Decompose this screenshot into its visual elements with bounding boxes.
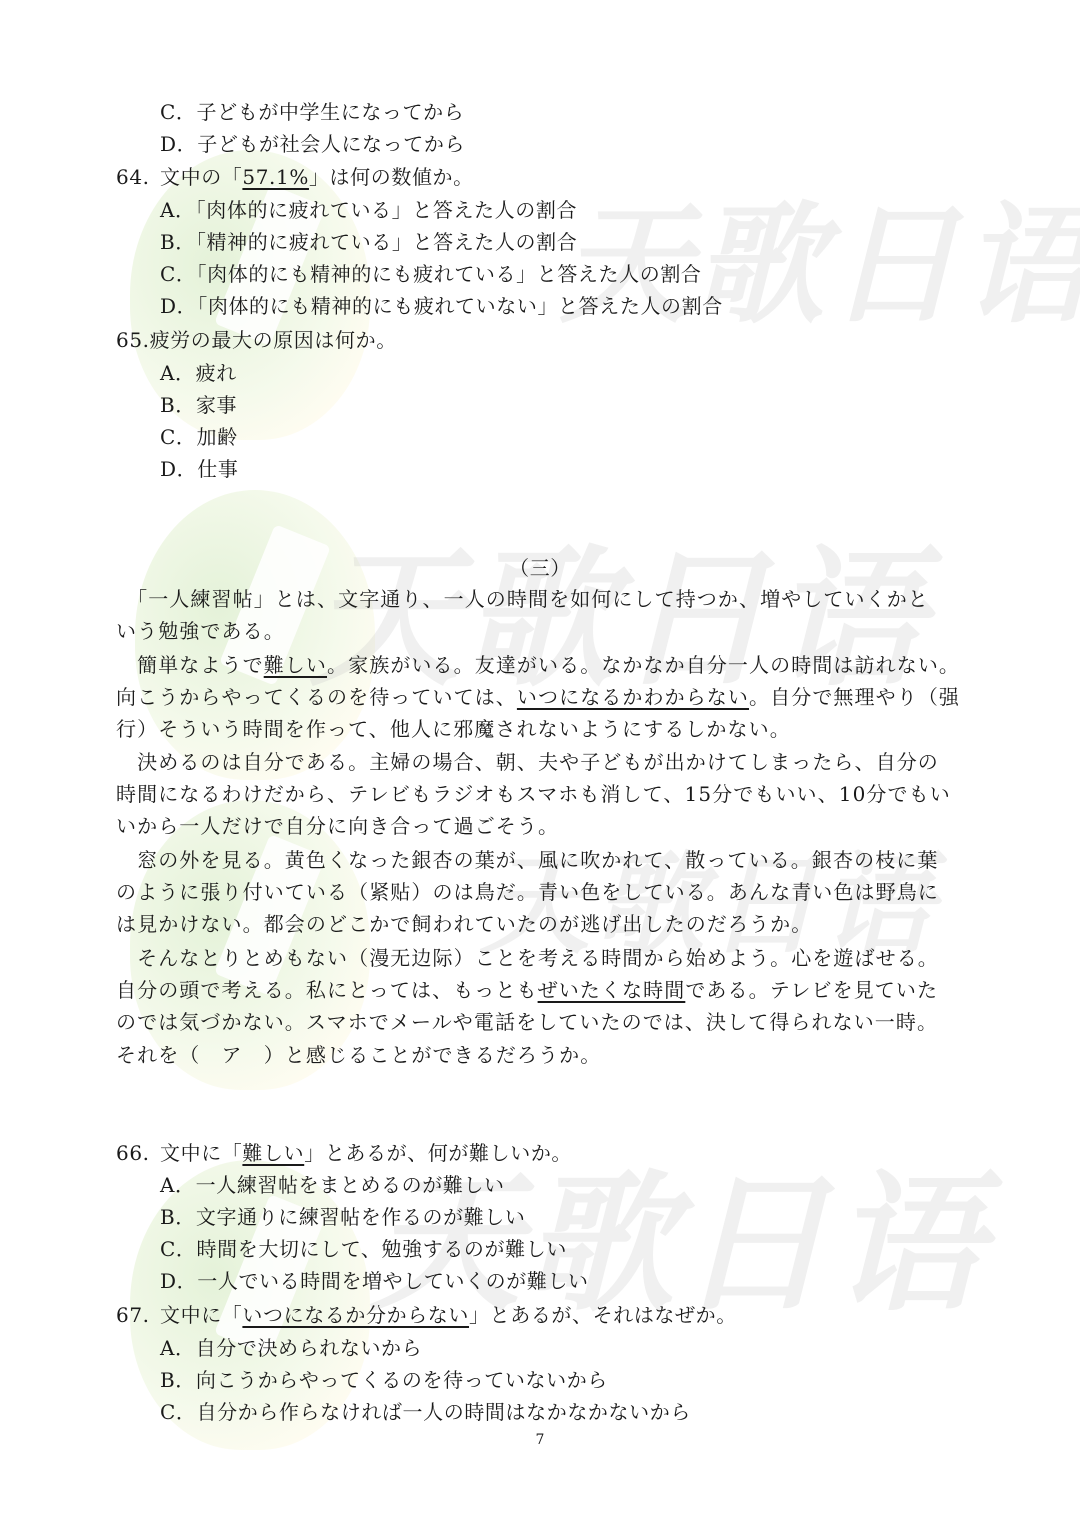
passage-line: そんなとりとめもない（漫无边际）ことを考える時間から始めよう。心を遊ばせる。	[116, 943, 968, 973]
passage-text: は見かけない。都会のどこかで飼われていたのが逃げ出したのだろうか。	[116, 912, 812, 936]
passage-text: 時間になるわけだから、テレビもラジオもスマホも消して、15分でもいい、10分でも…	[116, 782, 951, 806]
q65-option-b: B．家事	[160, 390, 237, 420]
option-text: 向こうからやってくるのを待っていないから	[196, 1368, 608, 1392]
option-text: 一人でいる時間を増やしていくのが難しい	[197, 1269, 588, 1293]
section-heading: （三）	[0, 553, 1080, 583]
passage-text: いう勉強である。	[116, 619, 285, 643]
option-letter: B．	[160, 393, 196, 417]
option-letter: D．	[160, 457, 197, 481]
option-letter: A．	[160, 1336, 196, 1360]
passage-text: 「一人練習帖」とは、文字通り、一人の時間を如何にして持つか、増やしていくかと	[116, 587, 929, 611]
passage-line: のでは気づかない。スマホでメールや電話をしていたのでは、決して得られない一時。	[116, 1007, 968, 1037]
question-suffix: 」とあるが、何が難しいか。	[304, 1141, 572, 1165]
exam-page: 天歌日语 天歌日语 天歌日语 天歌日语 C．子どもが中学生になってから D．子ど…	[0, 0, 1080, 1526]
q66-option-a: A．一人練習帖をまとめるのが難しい	[160, 1170, 505, 1200]
question-66: 66.文中に「難しい」とあるが、何が難しいか。	[116, 1138, 572, 1168]
q65-option-d: D．仕事	[160, 454, 238, 484]
passage-line: 自分の頭で考える。私にとっては、もっともぜいたくな時間である。テレビを見ていた	[116, 975, 968, 1005]
question-prefix: 文中に「	[160, 1303, 242, 1327]
page-number: 7	[0, 1432, 1080, 1448]
option-letter: C．	[160, 1237, 197, 1261]
passage-text: のように張り付いている（紧贴）のは鳥だ。青い色をしている。あんな青い色は野鳥に	[116, 880, 939, 904]
passage-line: それを（ ア ）と感じることができるだろうか。	[116, 1040, 968, 1070]
question-number: 64.	[116, 162, 160, 192]
q63-option-c: C．子どもが中学生になってから	[160, 97, 464, 127]
option-letter: B．	[160, 230, 196, 254]
q64-option-d: D．「肉体的にも精神的にも疲れていない」と答えた人の割合	[160, 291, 723, 321]
passage-line: いから一人だけで自分に向き合って過ごそう。	[116, 811, 968, 841]
question-number: 65.	[116, 328, 150, 352]
passage-text: である。テレビを見ていた	[685, 978, 938, 1002]
question-67: 67.文中に「いつになるか分からない」とあるが、それはなぜか。	[116, 1300, 737, 1330]
option-text: 自分で決められないから	[196, 1336, 423, 1360]
passage-line: のように張り付いている（紧贴）のは鳥だ。青い色をしている。あんな青い色は野鳥に	[116, 877, 968, 907]
passage-text: そんなとりとめもない（漫无边际）ことを考える時間から始めよう。心を遊ばせる。	[116, 946, 939, 970]
option-text: 子どもが中学生になってから	[197, 100, 465, 124]
option-letter: A．	[160, 1173, 196, 1197]
option-text: 「肉体的にも精神的にも疲れていない」と答えた人の割合	[197, 294, 723, 318]
question-suffix: 」とあるが、それはなぜか。	[469, 1303, 737, 1327]
question-prefix: 文中に「	[160, 1141, 242, 1165]
passage-text: 決めるのは自分である。主婦の場合、朝、夫や子どもが出かけてしまったら、自分の	[116, 750, 939, 774]
question-64: 64.文中の「57.1%」は何の数値か。	[116, 162, 474, 192]
passage-text: それを（ ア ）と感じることができるだろうか。	[116, 1043, 601, 1067]
underlined-term: いつになるか分からない	[242, 1303, 469, 1327]
underlined-phrase: ぜいたくな時間	[538, 978, 686, 1002]
question-prefix: 文中の「	[160, 165, 242, 189]
q65-option-c: C．加齢	[160, 422, 238, 452]
q67-option-c: C．自分から作らなければ一人の時間はなかなかないから	[160, 1397, 691, 1427]
option-letter: C．	[160, 1400, 197, 1424]
q66-option-d: D．一人でいる時間を増やしていくのが難しい	[160, 1266, 589, 1296]
option-text: 仕事	[197, 457, 238, 481]
q63-option-d: D．子どもが社会人になってから	[160, 129, 465, 159]
question-number: 66.	[116, 1138, 160, 1168]
question-text: 疲労の最大の原因は何か。	[150, 328, 397, 352]
passage-line: は見かけない。都会のどこかで飼われていたのが逃げ出したのだろうか。	[116, 909, 968, 939]
q64-option-a: A．「肉体的に疲れている」と答えた人の割合	[160, 195, 577, 225]
option-text: 時間を大切にして、勉強するのが難しい	[197, 1237, 567, 1261]
option-letter: C．	[160, 425, 197, 449]
q66-option-c: C．時間を大切にして、勉強するのが難しい	[160, 1234, 567, 1264]
passage-line: 決めるのは自分である。主婦の場合、朝、夫や子どもが出かけてしまったら、自分の	[116, 747, 968, 777]
option-letter: D．	[160, 294, 197, 318]
underlined-term: 難しい	[242, 1141, 304, 1165]
underlined-phrase: 難しい	[264, 653, 327, 677]
option-text: 家事	[196, 393, 237, 417]
q64-option-c: C．「肉体的にも精神的にも疲れている」と答えた人の割合	[160, 259, 702, 289]
option-letter: A．	[160, 361, 196, 385]
passage-line: 向こうからやってくるのを待っていては、いつになるかわからない。自分で無理やり（强	[116, 682, 968, 712]
option-text: 文字通りに練習帖を作るのが難しい	[196, 1205, 526, 1229]
option-letter: B．	[160, 1205, 196, 1229]
underlined-phrase: いつになるかわからない	[517, 685, 749, 709]
q67-option-a: A．自分で決められないから	[160, 1333, 422, 1363]
q64-option-b: B．「精神的に疲れている」と答えた人の割合	[160, 227, 577, 257]
question-number: 67.	[116, 1300, 160, 1330]
passage-line: 行）そういう時間を作って、他人に邪魔されないようにするしかない。	[116, 714, 968, 744]
passage-text: のでは気づかない。スマホでメールや電話をしていたのでは、決して得られない一時。	[116, 1010, 938, 1034]
option-letter: D．	[160, 132, 197, 156]
passage-text: 自分の頭で考える。私にとっては、もっとも	[116, 978, 538, 1002]
passage-text: 行）そういう時間を作って、他人に邪魔されないようにするしかない。	[116, 717, 791, 741]
passage-line: いう勉強である。	[116, 616, 968, 646]
option-text: 「肉体的にも精神的にも疲れている」と答えた人の割合	[197, 262, 702, 286]
underlined-term: 57.1%	[242, 165, 309, 189]
passage-text: 。家族がいる。友達がいる。なかなか自分一人の時間は訪れない。	[327, 653, 960, 677]
passage-text: 向こうからやってくるのを待っていては、	[116, 685, 517, 709]
passage-line: 簡単なようで難しい。家族がいる。友達がいる。なかなか自分一人の時間は訪れない。	[116, 650, 968, 680]
passage-line: 窓の外を見る。黄色くなった銀杏の葉が、風に吹かれて、散っている。銀杏の枝に葉	[116, 845, 968, 875]
question-suffix: 」は何の数値か。	[309, 165, 474, 189]
option-text: 「精神的に疲れている」と答えた人の割合	[196, 230, 577, 254]
passage-line: 「一人練習帖」とは、文字通り、一人の時間を如何にして持つか、増やしていくかと	[116, 584, 968, 614]
passage-text: 窓の外を見る。黄色くなった銀杏の葉が、風に吹かれて、散っている。銀杏の枝に葉	[116, 848, 939, 872]
passage-text: 。自分で無理やり（强	[749, 685, 960, 709]
q66-option-b: B．文字通りに練習帖を作るのが難しい	[160, 1202, 526, 1232]
question-65: 65.疲労の最大の原因は何か。	[116, 325, 397, 355]
passage-text: 簡単なようで	[116, 653, 264, 677]
passage-text: いから一人だけで自分に向き合って過ごそう。	[116, 814, 559, 838]
option-text: 自分から作らなければ一人の時間はなかなかないから	[197, 1400, 691, 1424]
option-text: 一人練習帖をまとめるのが難しい	[196, 1173, 505, 1197]
option-letter: A．	[160, 198, 196, 222]
passage-line: 時間になるわけだから、テレビもラジオもスマホも消して、15分でもいい、10分でも…	[116, 779, 968, 809]
option-text: 「肉体的に疲れている」と答えた人の割合	[196, 198, 577, 222]
option-letter: C．	[160, 100, 197, 124]
option-letter: B．	[160, 1368, 196, 1392]
option-text: 子どもが社会人になってから	[197, 132, 465, 156]
option-letter: D．	[160, 1269, 197, 1293]
option-text: 加齢	[197, 425, 238, 449]
option-letter: C．	[160, 262, 197, 286]
q65-option-a: A．疲れ	[160, 358, 237, 388]
q67-option-b: B．向こうからやってくるのを待っていないから	[160, 1365, 608, 1395]
option-text: 疲れ	[196, 361, 237, 385]
